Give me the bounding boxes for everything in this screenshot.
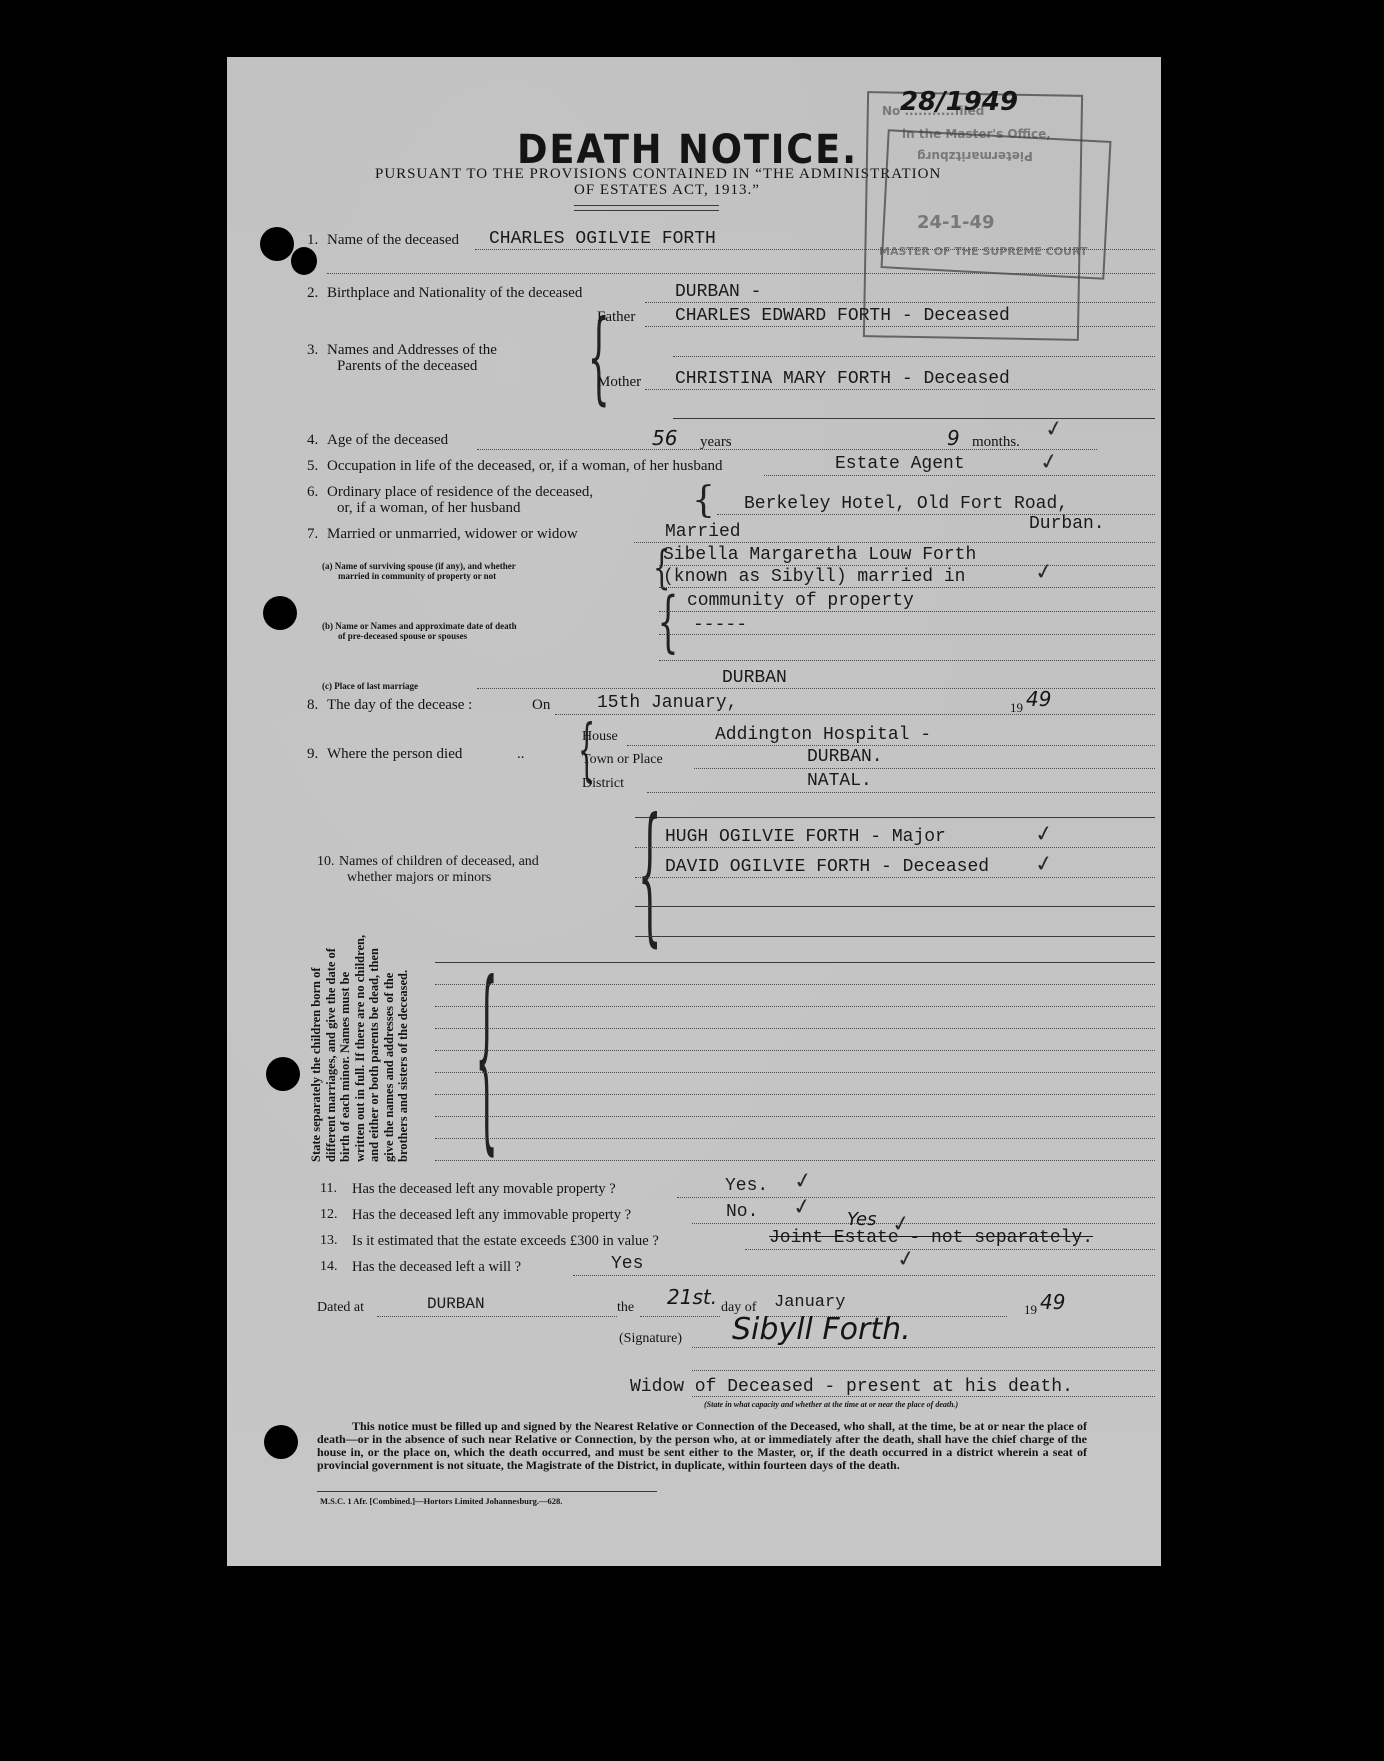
field-10-label-1: Names of children of deceased, and xyxy=(339,854,539,870)
decease-year-prefix: 19 xyxy=(1010,700,1023,716)
blank-area-brace: { xyxy=(475,957,498,1157)
spouse-value-2: (known as Sibyll) married in xyxy=(663,567,965,587)
field-8-number: 8. xyxy=(307,697,318,714)
predeceased-brace: { xyxy=(658,589,679,655)
field-2-number: 2. xyxy=(307,285,318,302)
punch-hole-top-2 xyxy=(291,247,317,275)
stamp-date-text: 24-1-49 xyxy=(917,212,995,233)
blank-line-6 xyxy=(435,1072,1155,1073)
stamp-court-text: MASTER OF THE SUPREME COURT xyxy=(879,245,1087,258)
signature-line xyxy=(692,1347,1155,1348)
will-line xyxy=(573,1275,1155,1276)
field-9-dots: .. xyxy=(517,746,525,763)
field-9-number: 9. xyxy=(307,746,318,763)
last-marriage-line xyxy=(477,688,1155,689)
field-4-number: 4. xyxy=(307,432,318,449)
blank-line-10 xyxy=(435,1160,1155,1161)
field-9-label: Where the person died xyxy=(327,746,462,763)
day-line xyxy=(640,1316,720,1317)
father-label: Father xyxy=(597,309,635,326)
children-line-3 xyxy=(635,906,1155,907)
field-6-number: 6. xyxy=(307,484,318,501)
marital-status-value: Married xyxy=(665,522,741,542)
movable-property-value: Yes. xyxy=(725,1176,768,1196)
estate-value-handwritten: Yes xyxy=(847,1209,876,1230)
district-line xyxy=(647,792,1155,793)
children-brace: { xyxy=(638,799,662,949)
punch-hole-bottom xyxy=(264,1425,298,1459)
house-value: Addington Hospital - xyxy=(715,725,931,745)
mother-value: CHRISTINA MARY FORTH - Deceased xyxy=(675,369,1010,389)
spouse-line-1 xyxy=(659,565,1155,566)
predeceased-label-1: (b) Name or Names and approximate date o… xyxy=(322,621,517,631)
dated-at-label: Dated at xyxy=(317,1300,364,1316)
occupation-value: Estate Agent xyxy=(835,454,965,474)
predeceased-label-2: of pre-deceased spouse or spouses xyxy=(338,631,467,641)
field-3-label-2: Parents of the deceased xyxy=(337,358,477,375)
immovable-line xyxy=(692,1223,1155,1224)
house-label: House xyxy=(582,729,618,745)
spouse-value-1: Sibella Margaretha Louw Forth xyxy=(663,545,976,565)
field-3-label-1: Names and Addresses of the xyxy=(327,342,497,359)
children-line-4 xyxy=(635,936,1155,937)
field-4-label: Age of the deceased xyxy=(327,432,448,449)
field-1-number: 1. xyxy=(307,232,318,249)
decease-date-value: 15th January, xyxy=(597,693,737,713)
dated-at-line xyxy=(377,1316,617,1317)
field-12-number: 12. xyxy=(320,1207,338,1223)
punch-hole-upper xyxy=(263,596,297,630)
spouse-label-2: married in community of property or not xyxy=(338,571,496,581)
signature-label: (Signature) xyxy=(619,1331,682,1347)
spouse-line-2 xyxy=(659,587,1155,588)
town-label: Town or Place xyxy=(582,752,663,768)
capacity-value: Widow of Deceased - present at his death… xyxy=(630,1377,1073,1397)
sign-year-prefix: 19 xyxy=(1024,1302,1037,1318)
field-1-line xyxy=(475,249,1155,250)
mother-line xyxy=(645,389,1155,390)
field-13-number: 13. xyxy=(320,1233,338,1249)
field-6-label-2: or, if a woman, of her husband xyxy=(337,500,521,517)
will-value: Yes xyxy=(611,1254,643,1274)
mother-line-2 xyxy=(673,418,1155,419)
father-line xyxy=(645,326,1155,327)
father-value: CHARLES EDWARD FORTH - Deceased xyxy=(675,306,1010,326)
dated-at-value: DURBAN xyxy=(427,1295,485,1313)
file-number: 28/1949 xyxy=(900,87,1018,117)
field-14-label: Has the deceased left a will ? xyxy=(352,1259,521,1276)
check-mark-icon: ✓ xyxy=(1033,559,1055,587)
field-8-label: The day of the decease : xyxy=(327,697,472,714)
punch-hole-lower xyxy=(266,1057,300,1091)
occupation-line xyxy=(764,475,1155,476)
field-6-label-1: Ordinary place of residence of the decea… xyxy=(327,484,593,501)
title-rule-2 xyxy=(574,210,719,211)
blank-line-2 xyxy=(435,984,1155,985)
deceased-name-value: CHARLES OGILVIE FORTH xyxy=(489,229,716,249)
check-mark-icon: ✓ xyxy=(1043,416,1065,444)
movable-line xyxy=(677,1197,1155,1198)
blank-line-4 xyxy=(435,1028,1155,1029)
estate-value-line xyxy=(745,1249,1155,1250)
residence-value-1: Berkeley Hotel, Old Fort Road, xyxy=(744,494,1068,514)
child-2-value: DAVID OGILVIE FORTH - Deceased xyxy=(665,857,989,877)
predeceased-value: ----- xyxy=(693,615,747,635)
signature-value: Sibyll Forth. xyxy=(732,1312,911,1347)
immovable-property-value: No. xyxy=(726,1202,758,1222)
field-11-number: 11. xyxy=(320,1181,337,1197)
mother-label: Mother xyxy=(597,374,641,391)
stamp-city-text: Pietermaritzburg xyxy=(917,149,1033,163)
subtitle-line-1: PURSUANT TO THE PROVISIONS CONTAINED IN … xyxy=(375,166,941,183)
the-label: the xyxy=(617,1300,634,1316)
estate-value-value: Joint Estate - not separately. xyxy=(769,1228,1093,1248)
predeceased-line-1 xyxy=(659,611,1155,612)
footer-rule xyxy=(317,1491,657,1492)
check-mark-icon: ✓ xyxy=(792,1168,814,1196)
age-months-value: 9 xyxy=(947,426,960,450)
field-8-on-label: On xyxy=(532,697,550,714)
blank-line-8 xyxy=(435,1116,1155,1117)
years-label: years xyxy=(700,434,732,451)
children-line-2 xyxy=(635,877,1155,878)
punch-hole-top xyxy=(260,227,294,261)
blank-line-9 xyxy=(435,1138,1155,1139)
month-value: January xyxy=(774,1293,845,1312)
field-13-label: Is it estimated that the estate exceeds … xyxy=(352,1233,659,1250)
children-line-0 xyxy=(635,817,1155,818)
death-place-brace: { xyxy=(578,717,595,785)
child-1-value: HUGH OGILVIE FORTH - Major xyxy=(665,827,946,847)
subtitle-line-2: OF ESTATES ACT, 1913.” xyxy=(574,182,760,199)
capacity-hint: (State in what capacity and whether at t… xyxy=(704,1400,958,1409)
field-7-number: 7. xyxy=(307,526,318,543)
father-line-2 xyxy=(673,356,1155,357)
field-1-label: Name of the deceased xyxy=(327,232,459,249)
blank-line-3 xyxy=(435,1006,1155,1007)
printer-imprint: M.S.C. 1 Afr. [Combined.]—Hortors Limite… xyxy=(320,1496,562,1506)
sign-year-suffix: 49 xyxy=(1040,1290,1065,1314)
marital-line xyxy=(634,542,1155,543)
residence-brace: { xyxy=(692,483,715,519)
check-mark-icon: ✓ xyxy=(1038,449,1060,477)
field-1-line-2 xyxy=(327,273,1155,274)
field-10-number: 10. xyxy=(317,854,335,870)
stamp-office-text: in the Master's Office, xyxy=(902,127,1051,141)
signature-line-2 xyxy=(692,1370,1155,1371)
day-value: 21st. xyxy=(667,1285,717,1309)
blank-line-5 xyxy=(435,1050,1155,1051)
field-2-label: Birthplace and Nationality of the deceas… xyxy=(327,285,582,302)
spouse-label-1: (a) Name of surviving spouse (if any), a… xyxy=(322,561,516,571)
age-years-value: 56 xyxy=(652,426,677,450)
capacity-line xyxy=(692,1396,1155,1397)
town-value: DURBAN. xyxy=(807,747,883,767)
footer-notice: This notice must be filled up and signed… xyxy=(317,1420,1087,1472)
title-rule-1 xyxy=(574,205,719,206)
months-label: months. xyxy=(972,434,1020,451)
birthplace-value: DURBAN - xyxy=(675,282,761,302)
field-5-label: Occupation in life of the deceased, or, … xyxy=(327,458,723,475)
check-mark-icon: ✓ xyxy=(890,1211,912,1239)
field-7-label: Married or unmarried, widower or widow xyxy=(327,526,578,543)
house-line xyxy=(627,745,1155,746)
district-label: District xyxy=(582,776,624,792)
check-mark-icon: ✓ xyxy=(1033,851,1055,879)
decease-year-suffix: 49 xyxy=(1026,687,1051,711)
town-line xyxy=(694,768,1155,769)
field-14-number: 14. xyxy=(320,1259,338,1275)
field-2-line xyxy=(645,302,1155,303)
last-marriage-label: (c) Place of last marriage xyxy=(322,681,418,691)
check-mark-icon: ✓ xyxy=(1033,821,1055,849)
residence-value-2: Durban. xyxy=(1029,514,1105,534)
field-3-number: 3. xyxy=(307,342,318,359)
field-12-label: Has the deceased left any immovable prop… xyxy=(352,1207,631,1224)
death-notice-document: DEATH NOTICE. PURSUANT TO THE PROVISIONS… xyxy=(227,57,1161,1566)
blank-line-7 xyxy=(435,1094,1155,1095)
predeceased-line-3 xyxy=(659,660,1155,661)
field-5-number: 5. xyxy=(307,458,318,475)
district-value: NATAL. xyxy=(807,771,872,791)
children-line-1 xyxy=(635,847,1155,848)
side-instruction: State separately the children born of di… xyxy=(309,932,411,1162)
decease-date-line xyxy=(555,714,1155,715)
field-10-label-2: whether majors or minors xyxy=(347,870,491,886)
spouse-value-3: community of property xyxy=(687,591,914,611)
field-11-label: Has the deceased left any movable proper… xyxy=(352,1181,616,1198)
last-marriage-value: DURBAN xyxy=(722,668,787,688)
blank-line-1 xyxy=(435,962,1155,963)
